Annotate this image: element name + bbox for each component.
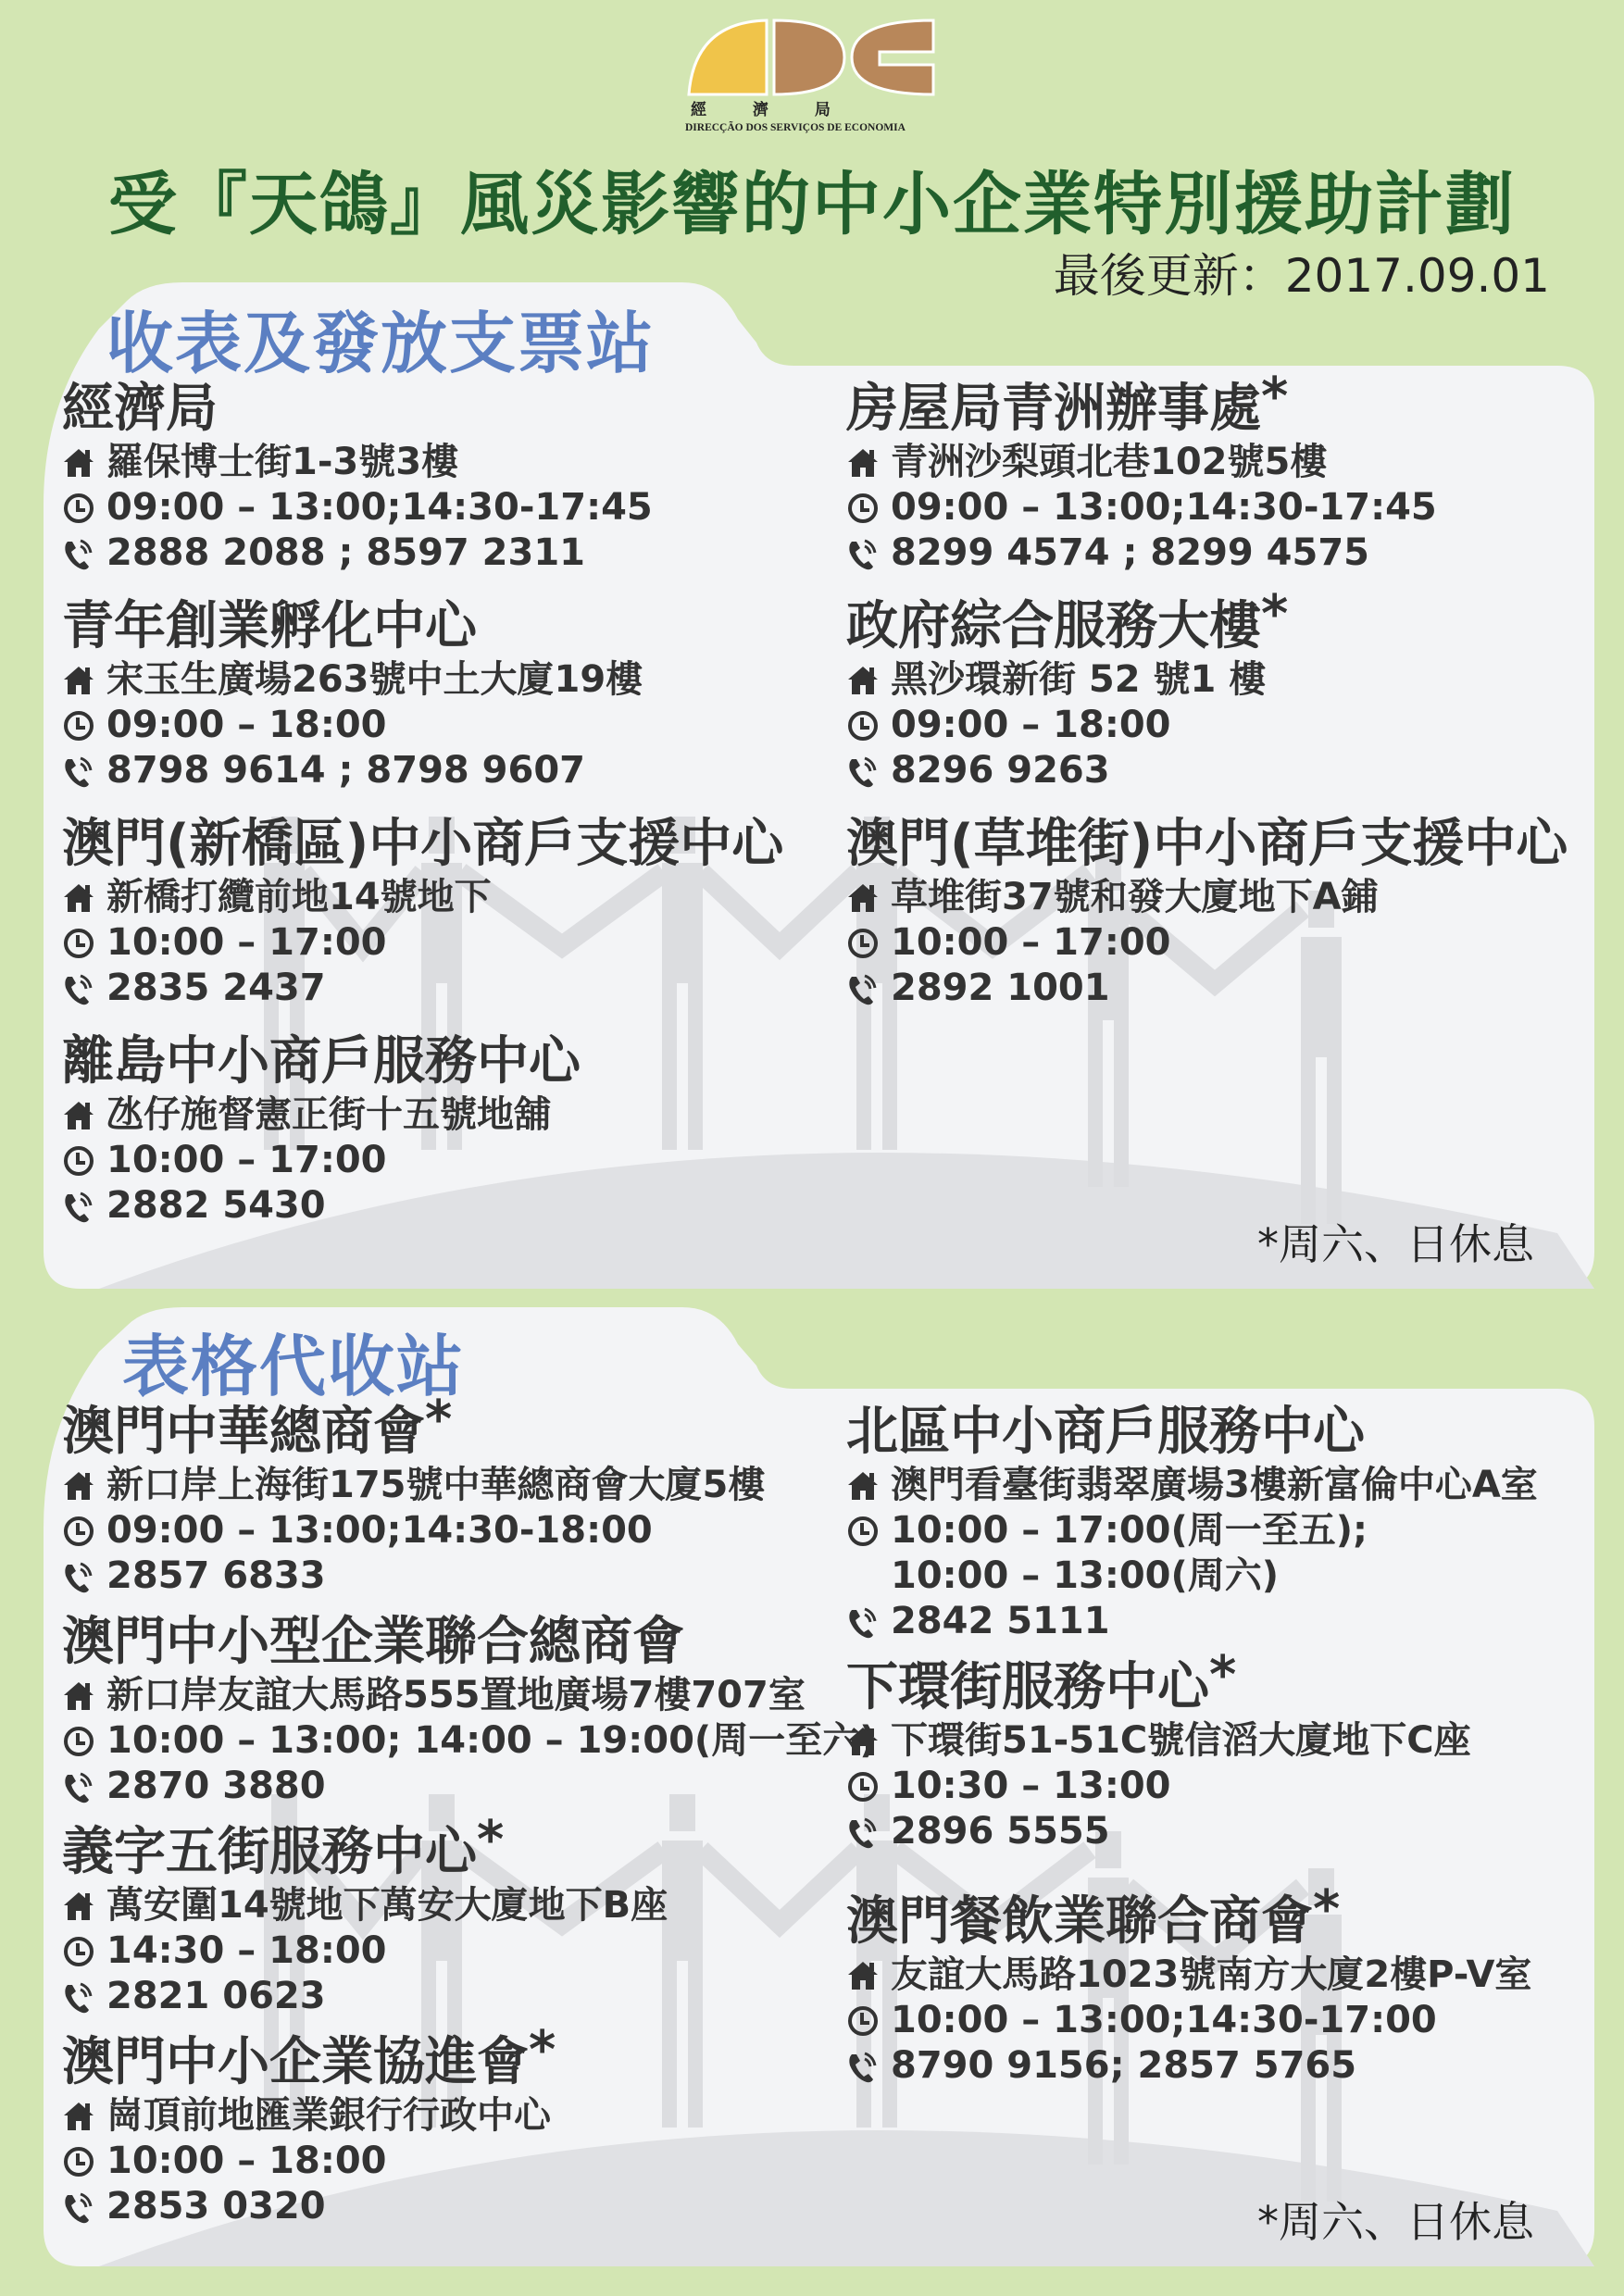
location-entry: 澳門中華總商會* 新口岸上海街175號中華總商會大廈5樓09:00 – 13:0… xyxy=(62,1402,876,1599)
location-name: 澳門中華總商會* xyxy=(62,1402,876,1463)
phone-line: 8798 9614 ; 8798 9607 xyxy=(62,748,783,793)
address-line: 宋玉生廣場263號中土大廈19樓 xyxy=(62,657,783,703)
clock-icon xyxy=(846,925,891,962)
address-line: 澳門看臺街翡翠廣場3樓新富倫中心A室 xyxy=(846,1463,1538,1508)
address-text: 草堆街37號和發大廈地下A鋪 xyxy=(891,875,1379,920)
hours-line: 09:00 – 18:00 xyxy=(62,703,783,748)
phone-line: 8790 9156; 2857 5765 xyxy=(846,2043,1538,2089)
house-icon xyxy=(846,1723,891,1760)
address-line: 青洲沙梨頭北巷102號5樓 xyxy=(846,440,1568,485)
location-entry: 房屋局青洲辦事處* 青洲沙梨頭北巷102號5樓09:00 – 13:00;14:… xyxy=(846,379,1568,576)
phone-line: 8296 9263 xyxy=(846,748,1568,793)
location-name: 青年創業孵化中心 xyxy=(62,596,783,657)
phone-text: 8296 9263 xyxy=(891,748,1110,793)
address-line: 萬安圍14號地下萬安大廈地下B座 xyxy=(62,1883,876,1928)
location-entry: 澳門(草堆街)中小商戶支援中心 草堆街37號和發大廈地下A鋪10:00 – 17… xyxy=(846,814,1568,1011)
hours-text: 10:00 – 13:00;14:30-17:00 xyxy=(891,1998,1437,2043)
hours-text: 09:00 – 13:00;14:30-18:00 xyxy=(106,1508,653,1554)
address-text: 下環街51-51C號信滔大廈地下C座 xyxy=(891,1718,1471,1764)
house-icon xyxy=(62,1097,106,1134)
phone-icon xyxy=(846,1814,891,1851)
address-text: 新口岸上海街175號中華總商會大廈5樓 xyxy=(106,1463,765,1508)
house-icon xyxy=(62,1467,106,1504)
address-text: 宋玉生廣場263號中土大廈19樓 xyxy=(106,657,643,703)
location-name: 澳門中小型企業聯合總商會 xyxy=(62,1612,876,1673)
address-line: 新口岸友誼大馬路555置地廣場7樓707室 xyxy=(62,1673,876,1718)
house-icon xyxy=(62,2098,106,2135)
clock-icon xyxy=(846,1768,891,1805)
section-title: 表格代收站 xyxy=(122,1313,465,1409)
hours-line: 09:00 – 13:00;14:30-17:45 xyxy=(62,485,783,530)
left-column: 經濟局 羅保博士街1-3號3樓09:00 – 13:00;14:30-17:45… xyxy=(62,379,783,1249)
hours-text: 10:00 – 17:00 xyxy=(106,920,387,966)
phone-icon xyxy=(62,1768,106,1805)
hours-text: 10:30 – 13:00 xyxy=(891,1764,1171,1809)
phone-icon xyxy=(846,970,891,1007)
house-icon xyxy=(62,662,106,699)
phone-text: 2853 0320 xyxy=(106,2184,326,2229)
hours-line: 10:00 – 13:00; 14:00 – 19:00(周一至六) xyxy=(62,1718,876,1764)
phone-text: 2870 3880 xyxy=(106,1764,326,1809)
left-column: 澳門中華總商會* 新口岸上海街175號中華總商會大廈5樓09:00 – 13:0… xyxy=(62,1402,876,2242)
asterisk-note-marker: * xyxy=(529,2020,556,2080)
phone-text: 2821 0623 xyxy=(106,1974,326,2019)
clock-icon xyxy=(62,707,106,744)
location-entry: 政府綜合服務大樓* 黑沙環新街 52 號1 樓09:00 – 18:008296… xyxy=(846,596,1568,793)
phone-icon xyxy=(846,2048,891,2085)
location-entry: 經濟局 羅保博士街1-3號3樓09:00 – 13:00;14:30-17:45… xyxy=(62,379,783,576)
logo-chinese-text: 經 濟 局 xyxy=(685,100,937,120)
hours-text: 09:00 – 13:00;14:30-17:45 xyxy=(106,485,653,530)
page-title: 受『天鴿』風災影響的中小企業特別援助計劃 xyxy=(0,150,1624,248)
location-name: 澳門餐飲業聯合商會* xyxy=(846,1891,1538,1953)
phone-icon xyxy=(846,1603,891,1641)
location-name: 義字五街服務中心* xyxy=(62,1822,876,1883)
phone-line: 2888 2088 ; 8597 2311 xyxy=(62,530,783,576)
hours-line: 09:00 – 13:00;14:30-18:00 xyxy=(62,1508,876,1554)
hours-line: 09:00 – 13:00;14:30-17:45 xyxy=(846,485,1568,530)
address-text: 新橋打纜前地14號地下 xyxy=(106,875,492,920)
clock-icon xyxy=(62,1723,106,1760)
house-icon xyxy=(846,662,891,699)
hours-line: 10:00 – 17:00 xyxy=(62,920,783,966)
clock-icon xyxy=(62,490,106,527)
address-text: 澳門看臺街翡翠廣場3樓新富倫中心A室 xyxy=(891,1463,1538,1508)
address-text: 崗頂前地匯業銀行行政中心 xyxy=(106,2093,551,2139)
clock-icon xyxy=(62,1142,106,1179)
location-name: 澳門(新橋區)中小商戶支援中心 xyxy=(62,814,783,875)
clock-icon xyxy=(62,1933,106,1970)
location-name: 澳門中小企業協進會* xyxy=(62,2032,876,2093)
phone-icon xyxy=(62,1558,106,1595)
hours-text: 10:00 – 17:00 xyxy=(891,920,1171,966)
phone-icon xyxy=(62,2189,106,2226)
clock-icon xyxy=(62,2143,106,2180)
asterisk-note-marker: * xyxy=(1313,1879,1340,1940)
clock-icon xyxy=(846,1513,891,1550)
hours-line: 10:00 – 17:00(周一至五); xyxy=(846,1508,1538,1554)
phone-text: 2896 5555 xyxy=(891,1809,1110,1854)
phone-line: 2882 5430 xyxy=(62,1183,783,1229)
phone-text: 2857 6833 xyxy=(106,1554,326,1599)
logo-portuguese-text: DIRECÇÃO DOS SERVIÇOS DE ECONOMIA xyxy=(685,120,937,135)
phone-icon xyxy=(62,535,106,572)
location-name: 房屋局青洲辦事處* xyxy=(846,379,1568,440)
house-icon xyxy=(62,444,106,481)
dse-logo: 經 濟 局 DIRECÇÃO DOS SERVIÇOS DE ECONOMIA xyxy=(685,17,937,137)
address-text: 新口岸友誼大馬路555置地廣場7樓707室 xyxy=(106,1673,806,1718)
address-line: 黑沙環新街 52 號1 樓 xyxy=(846,657,1568,703)
phone-line: 2853 0320 xyxy=(62,2184,876,2229)
location-entry: 義字五街服務中心* 萬安圍14號地下萬安大廈地下B座14:30 – 18:002… xyxy=(62,1822,876,2019)
phone-line: 2892 1001 xyxy=(846,966,1568,1011)
hours-line: 10:00 – 18:00 xyxy=(62,2139,876,2184)
asterisk-note-marker: * xyxy=(425,1390,452,1450)
clock-icon xyxy=(846,2003,891,2040)
hours-line: 10:30 – 13:00 xyxy=(846,1764,1538,1809)
section-cheque-stations: 收表及發放支票站 經濟局 羅保博士街1-3號3樓09:00 – 13:00;14… xyxy=(44,282,1594,1289)
clock-icon xyxy=(62,1513,106,1550)
dse-logo-mark xyxy=(685,17,937,96)
location-entry: 澳門餐飲業聯合商會* 友誼大馬路1023號南方大廈2樓P-V室10:00 – 1… xyxy=(846,1891,1538,2089)
hours-text: 09:00 – 13:00;14:30-17:45 xyxy=(891,485,1437,530)
address-text: 萬安圍14號地下萬安大廈地下B座 xyxy=(106,1883,668,1928)
location-entry: 離島中小商戶服務中心 氹仔施督憲正街十五號地舖10:00 – 17:002882… xyxy=(62,1031,783,1229)
address-line: 新橋打纜前地14號地下 xyxy=(62,875,783,920)
location-name: 經濟局 xyxy=(62,379,783,440)
address-line: 草堆街37號和發大廈地下A鋪 xyxy=(846,875,1568,920)
address-text: 友誼大馬路1023號南方大廈2樓P-V室 xyxy=(891,1953,1531,1998)
phone-line: 2870 3880 xyxy=(62,1764,876,1809)
phone-icon xyxy=(846,535,891,572)
location-name: 政府綜合服務大樓* xyxy=(846,596,1568,657)
hours-line: 10:00 – 17:00 xyxy=(62,1138,783,1183)
hours-line: 10:00 – 17:00 xyxy=(846,920,1568,966)
hours-text: 09:00 – 18:00 xyxy=(106,703,387,748)
location-name: 下環街服務中心* xyxy=(846,1657,1538,1718)
phone-text: 2842 5111 xyxy=(891,1599,1110,1644)
location-entry: 北區中小商戶服務中心 澳門看臺街翡翠廣場3樓新富倫中心A室10:00 – 17:… xyxy=(846,1402,1538,1644)
asterisk-note-marker: * xyxy=(1261,584,1288,644)
address-line: 新口岸上海街175號中華總商會大廈5樓 xyxy=(62,1463,876,1508)
hours-text: 10:00 – 17:00 xyxy=(106,1138,387,1183)
hours-text: 09:00 – 18:00 xyxy=(891,703,1171,748)
phone-text: 8790 9156; 2857 5765 xyxy=(891,2043,1356,2089)
address-line: 崗頂前地匯業銀行行政中心 xyxy=(62,2093,876,2139)
house-icon xyxy=(846,1957,891,1994)
house-icon xyxy=(62,880,106,917)
location-entry: 澳門(新橋區)中小商戶支援中心 新橋打纜前地14號地下10:00 – 17:00… xyxy=(62,814,783,1011)
address-line: 友誼大馬路1023號南方大廈2樓P-V室 xyxy=(846,1953,1538,1998)
house-icon xyxy=(846,444,891,481)
asterisk-note-marker: * xyxy=(477,1810,504,1870)
phone-text: 2888 2088 ; 8597 2311 xyxy=(106,530,585,576)
location-name: 北區中小商戶服務中心 xyxy=(846,1402,1538,1463)
hours-line: 14:30 – 18:00 xyxy=(62,1928,876,1974)
hours-line: 10:00 – 13:00;14:30-17:00 xyxy=(846,1998,1538,2043)
phone-text: 2835 2437 xyxy=(106,966,326,1011)
clock-icon xyxy=(846,707,891,744)
phone-line: 2842 5111 xyxy=(846,1599,1538,1644)
phone-icon xyxy=(62,970,106,1007)
hours-text: 10:00 – 13:00; 14:00 – 19:00(周一至六) xyxy=(106,1718,876,1764)
address-line: 羅保博士街1-3號3樓 xyxy=(62,440,783,485)
hours-line: 10:00 – 13:00(周六) xyxy=(846,1554,1538,1599)
house-icon xyxy=(846,1467,891,1504)
phone-line: 2857 6833 xyxy=(62,1554,876,1599)
house-icon xyxy=(846,880,891,917)
clock-icon xyxy=(846,490,891,527)
address-text: 青洲沙梨頭北巷102號5樓 xyxy=(891,440,1327,485)
location-entry: 下環街服務中心* 下環街51-51C號信滔大廈地下C座10:30 – 13:00… xyxy=(846,1657,1538,1854)
hours-text: 14:30 – 18:00 xyxy=(106,1928,387,1974)
phone-line: 8299 4574 ; 8299 4575 xyxy=(846,530,1568,576)
location-entry: 澳門中小企業協進會* 崗頂前地匯業銀行行政中心10:00 – 18:002853… xyxy=(62,2032,876,2229)
right-column: 房屋局青洲辦事處* 青洲沙梨頭北巷102號5樓09:00 – 13:00;14:… xyxy=(846,379,1568,1031)
location-entry: 青年創業孵化中心 宋玉生廣場263號中土大廈19樓09:00 – 18:0087… xyxy=(62,596,783,793)
house-icon xyxy=(62,1678,106,1715)
phone-text: 8798 9614 ; 8798 9607 xyxy=(106,748,585,793)
hours-line: 09:00 – 18:00 xyxy=(846,703,1568,748)
location-name: 澳門(草堆街)中小商戶支援中心 xyxy=(846,814,1568,875)
phone-icon xyxy=(846,753,891,790)
right-column: 北區中小商戶服務中心 澳門看臺街翡翠廣場3樓新富倫中心A室10:00 – 17:… xyxy=(846,1402,1538,2102)
phone-icon xyxy=(62,1188,106,1225)
address-text: 黑沙環新街 52 號1 樓 xyxy=(891,657,1266,703)
hours-text: 10:00 – 17:00(周一至五); xyxy=(891,1508,1368,1554)
phone-text: 2892 1001 xyxy=(891,966,1110,1011)
phone-text: 2882 5430 xyxy=(106,1183,326,1229)
house-icon xyxy=(62,1888,106,1925)
phone-line: 2896 5555 xyxy=(846,1809,1538,1854)
location-name: 離島中小商戶服務中心 xyxy=(62,1031,783,1092)
asterisk-note-marker: * xyxy=(1209,1645,1236,1705)
section-form-collection: 表格代收站 澳門中華總商會* 新口岸上海街175號中華總商會大廈5樓09:00 … xyxy=(44,1307,1594,2266)
weekend-closed-note: *周六、日休息 xyxy=(1257,2189,1534,2250)
hours-text: 10:00 – 18:00 xyxy=(106,2139,387,2184)
phone-line: 2835 2437 xyxy=(62,966,783,1011)
phone-text: 8299 4574 ; 8299 4575 xyxy=(891,530,1369,576)
section-title: 收表及發放支票站 xyxy=(106,290,655,386)
address-line: 下環街51-51C號信滔大廈地下C座 xyxy=(846,1718,1538,1764)
address-line: 氹仔施督憲正街十五號地舖 xyxy=(62,1092,783,1138)
hours-text: 10:00 – 13:00(周六) xyxy=(891,1554,1279,1599)
clock-icon xyxy=(62,925,106,962)
phone-icon xyxy=(62,1978,106,2015)
weekend-closed-note: *周六、日休息 xyxy=(1257,1211,1534,1272)
location-entry: 澳門中小型企業聯合總商會 新口岸友誼大馬路555置地廣場7樓707室10:00 … xyxy=(62,1612,876,1809)
address-text: 羅保博士街1-3號3樓 xyxy=(106,440,458,485)
address-text: 氹仔施督憲正街十五號地舖 xyxy=(106,1092,551,1138)
phone-line: 2821 0623 xyxy=(62,1974,876,2019)
phone-icon xyxy=(62,753,106,790)
asterisk-note-marker: * xyxy=(1261,367,1288,427)
